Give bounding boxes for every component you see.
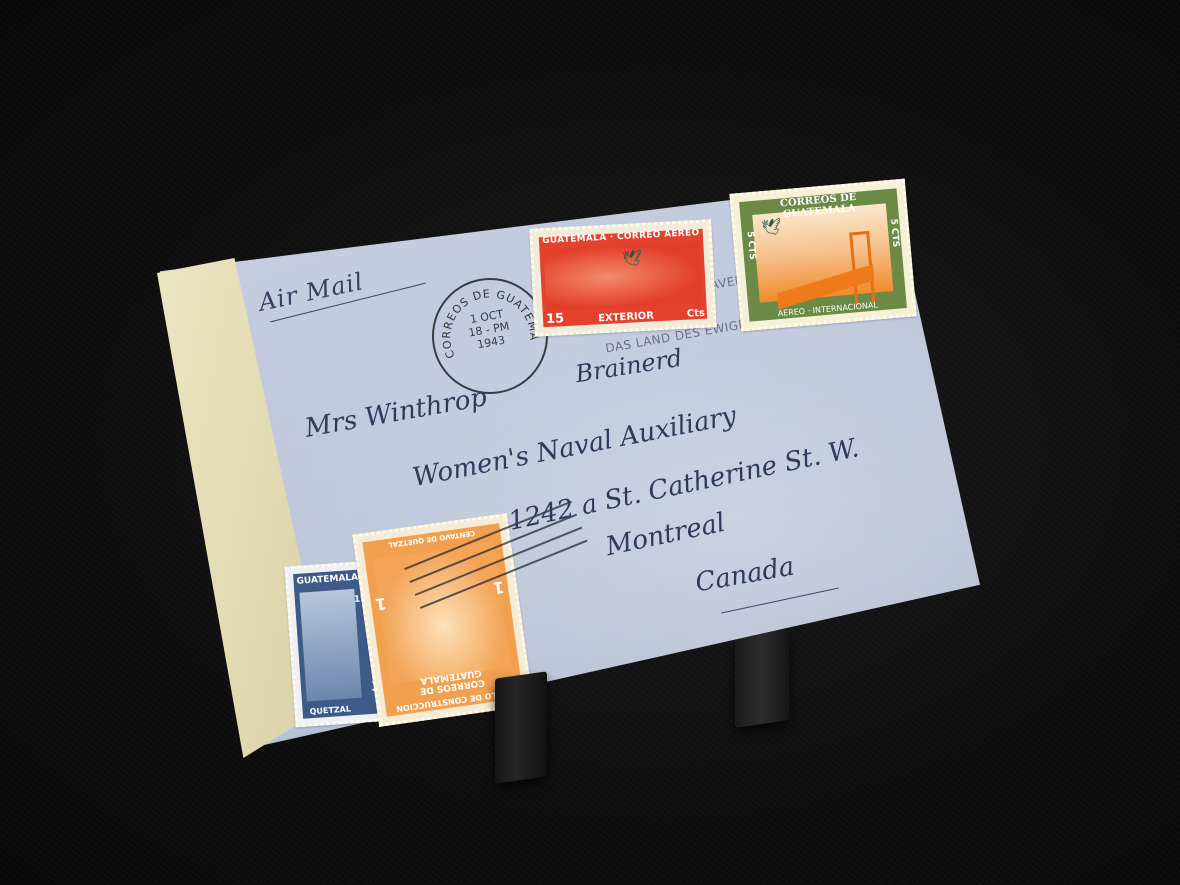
stamp-blue-scene — [299, 589, 361, 702]
stamp-red-scene: 🕊 — [543, 241, 702, 311]
display-stand-front-foot — [495, 671, 547, 783]
stamp-red-airmail: 🕊 GUATEMALA · CORREO AEREO 15 EXTERIOR C… — [529, 219, 716, 336]
stamp-red-value: 15 — [546, 311, 565, 327]
quetzal-bird-icon: 🕊 — [621, 248, 642, 268]
stamp-green-value-left: 5 CTS — [743, 231, 757, 261]
stamp-green-value-right: 5 CTS — [886, 218, 900, 248]
stamp-green-bridge: 🕊 CORREOS DE GUATEMALA 5 CTS 5 CTS AEREO… — [729, 179, 916, 332]
stamp-red-unit: Cts — [687, 308, 706, 320]
envelope: Air Mail CORREOS DE GUATEMALA 1 OCT 18 -… — [0, 0, 1180, 885]
